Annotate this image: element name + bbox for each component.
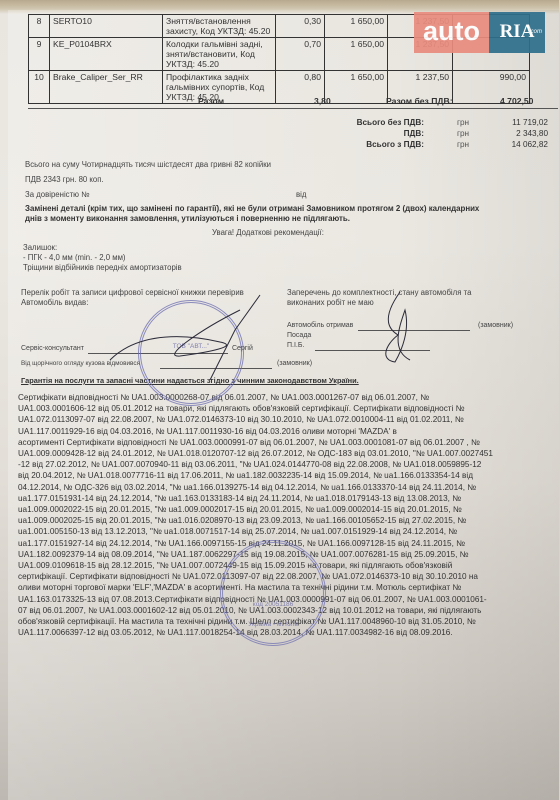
row-number: 8 bbox=[29, 15, 50, 38]
consultant-label: Сервіс-консультант bbox=[21, 345, 84, 352]
certificate-line: асортименті Сертифікати відповідності № … bbox=[18, 437, 478, 448]
right-sign-text-1: Заперечень до комплектності, стану автом… bbox=[287, 288, 471, 297]
row-number: 10 bbox=[29, 71, 50, 104]
autoria-watermark: auto RIA .com bbox=[414, 12, 545, 53]
item-code: SERTO10 bbox=[50, 15, 163, 38]
item-price: 1 650,00 bbox=[325, 15, 388, 38]
certificate-line: 04.12.2014, № ОДС-326 від 03.02.2014, "№… bbox=[18, 482, 478, 493]
watermark-suffix: .com bbox=[529, 12, 542, 52]
position-label: Посада bbox=[287, 332, 311, 339]
certificate-line: -12 від 27.02.2012, № UA1.007.0070940-11… bbox=[18, 459, 478, 470]
vat-label: Всього з ПДВ: bbox=[350, 139, 424, 150]
recommendations-title: Увага! Додаткові рекомендації: bbox=[212, 228, 324, 237]
vat-currency: грн bbox=[438, 128, 488, 139]
vat-in-words: ПДВ 2343 грн. 80 коп. bbox=[25, 175, 104, 184]
inspection-customer-label: (замовник) bbox=[277, 360, 312, 367]
item-qty: 0,30 bbox=[276, 15, 325, 38]
inspection-label: Від щорічного огляду кузова відмовився bbox=[21, 360, 140, 367]
vat-row: Всього без ПДВ: грн 11 719,02 bbox=[350, 117, 548, 128]
certificate-line: ua1.009.0002025-15 від 20.01.2015, "№ ua… bbox=[18, 515, 478, 526]
company-stamp: ТОВ "АВТ..." bbox=[138, 300, 244, 406]
vat-label: Всього без ПДВ: bbox=[350, 117, 424, 128]
item-description: Колодки гальмівні задні, зняти/встановит… bbox=[163, 38, 276, 71]
sum-in-words: Всього на суму Чотирнадцять тисяч шістде… bbox=[25, 160, 271, 169]
power-of-attorney-from: від bbox=[296, 190, 306, 199]
certificate-line: UA1.003.0001606-12 від 05.01.2012 на тов… bbox=[18, 403, 478, 414]
item-description: Зняття/встановлення захисту, Код УКТЗД: … bbox=[163, 15, 276, 38]
total-no-vat-label: Разом без ПДВ: bbox=[386, 96, 453, 106]
item-code: Brake_Caliper_Ser_RR bbox=[50, 71, 163, 104]
left-sign-text-1: Перелік робіт та записи цифрової сервісн… bbox=[21, 288, 244, 297]
stamp-city: Україна • м. Київ bbox=[223, 621, 323, 628]
received-customer-label: (замовник) bbox=[478, 322, 513, 329]
divider bbox=[28, 108, 558, 109]
name-line bbox=[315, 350, 430, 351]
vat-row: Всього з ПДВ: грн 14 062,82 bbox=[350, 139, 548, 150]
name-label: П.І.Б. bbox=[287, 342, 304, 349]
certificate-line: UA1.072.0113097-07 від 22.08.2007, № UA1… bbox=[18, 414, 478, 425]
certificate-line: ua1.009.0002022-15 від 20.01.2015, "№ ua… bbox=[18, 504, 478, 515]
certificate-line: ua1.001.005150-13 від 13.12.2013, "№ ua1… bbox=[18, 526, 478, 537]
replaced-parts-notice-1: Замінені деталі (крім тих, що замінені п… bbox=[25, 204, 479, 213]
power-of-attorney-label: За довіреністю № bbox=[25, 190, 90, 199]
received-signature-line bbox=[358, 330, 470, 331]
total-no-vat-value: 4 702,50 bbox=[500, 96, 533, 106]
certificate-line: Сертифікати відповідності № UA1.003.0000… bbox=[18, 392, 478, 403]
total-label: Разом bbox=[198, 96, 224, 106]
vat-currency: грн bbox=[438, 117, 488, 128]
vat-amount: 14 062,82 bbox=[488, 139, 548, 150]
recommendation-line: - ПГК - 4,0 мм (min. - 2,0 мм) bbox=[23, 253, 126, 262]
vat-currency: грн bbox=[438, 139, 488, 150]
vat-label: ПДВ: bbox=[350, 128, 424, 139]
vat-amount: 2 343,80 bbox=[488, 128, 548, 139]
item-price: 1 650,00 bbox=[325, 71, 388, 104]
total-qty: 3,80 bbox=[314, 96, 331, 106]
certificate-line: ua1.177.0151931-14 від 24.12.2014, "№ ua… bbox=[18, 493, 478, 504]
recommendation-line: Тріщини відбійників передніх амортизатор… bbox=[23, 263, 182, 272]
certificate-line: від 20.04.2012, № UA1.018.0077716-11 від… bbox=[18, 470, 478, 481]
item-price: 1 650,00 bbox=[325, 38, 388, 71]
recommendation-line: Залишок: bbox=[23, 243, 57, 252]
item-qty: 0,70 bbox=[276, 38, 325, 71]
vat-amount: 11 719,02 bbox=[488, 117, 548, 128]
certificate-line: UA1.117.0011929-16 від 04.03.2016, № UA1… bbox=[18, 426, 478, 437]
replaced-parts-notice-2: днів з моменту виконання замовлення, ути… bbox=[25, 214, 350, 223]
table-row: 10 Brake_Caliper_Ser_RR Профілактика зад… bbox=[29, 71, 530, 104]
row-number: 9 bbox=[29, 38, 50, 71]
item-code: KE_P0104BRX bbox=[50, 38, 163, 71]
right-sign-text-2: виконаних робіт не маю bbox=[287, 298, 374, 307]
vat-row: ПДВ: грн 2 343,80 bbox=[350, 128, 548, 139]
received-label: Автомобіль отримав bbox=[287, 322, 353, 329]
stamp-text: ТОВ "АВТ..." bbox=[141, 343, 241, 350]
vat-summary: Всього без ПДВ: грн 11 719,02 ПДВ: грн 2… bbox=[350, 117, 548, 150]
company-stamp-lower: код 20051186 Україна • м. Київ bbox=[220, 540, 326, 646]
watermark-auto: auto bbox=[414, 12, 489, 53]
stamp-code: код 20051186 bbox=[223, 601, 323, 608]
watermark-ria: RIA .com bbox=[489, 12, 545, 53]
certificate-line: UA1.009.0009428-12 від 24.01.2012, № UA1… bbox=[18, 448, 478, 459]
left-sign-text-2: Автомобіль видав: bbox=[21, 298, 88, 307]
